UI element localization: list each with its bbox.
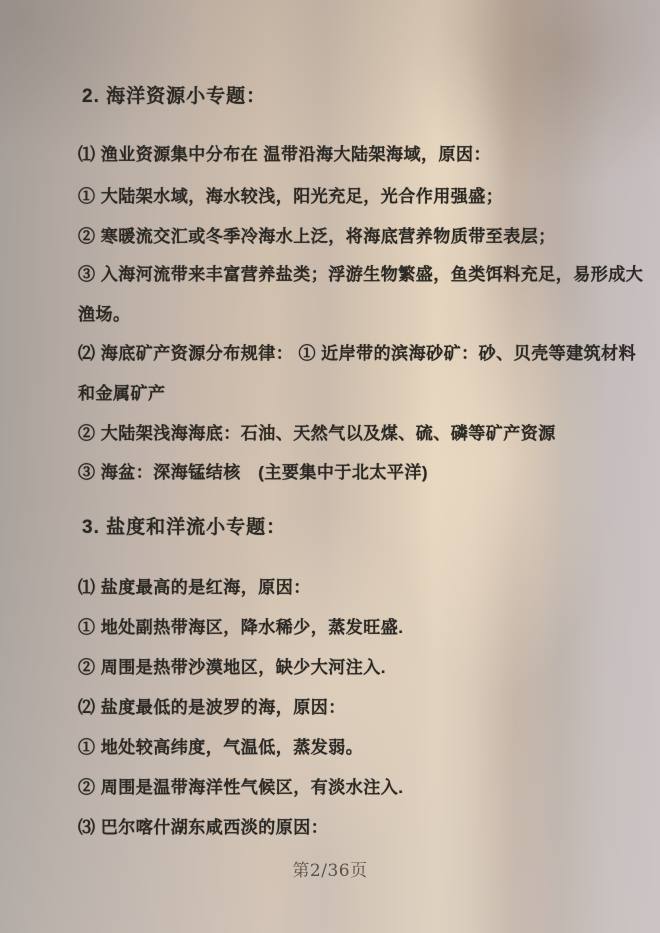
section-heading-marine-resources: 2. 海洋资源小专题： [82,86,602,108]
text-line: ② 周围是热带沙漠地区，缺少大河注入. [78,657,602,679]
text-line: ⑴ 渔业资源集中分布在 温带沿海大陆架海域，原因： [78,144,602,166]
text-line-continuation: 渔场。 [78,304,602,326]
text-line: ② 周围是温带海洋性气候区，有淡水注入. [78,777,602,799]
text-line: ② 大陆架浅海海底：石油、天然气以及煤、硫、磷等矿产资源 [78,423,602,445]
text-line: ③ 入海河流带来丰富营养盐类；浮游生物繁盛，鱼类饵料充足，易形成大 [78,264,602,286]
text-line: ⑵ 盐度最低的是波罗的海，原因： [78,697,602,719]
page-number: 第2/36页 [0,856,660,881]
text-line: ① 大陆架水域，海水较浅，阳光充足，光合作用强盛； [78,186,602,208]
text-line: ⑵ 海底矿产资源分布规律： ① 近岸带的滨海砂矿：砂、贝壳等建筑材料 [78,343,602,365]
text-line-continuation: 和金属矿产 [78,383,602,405]
text-line: ⑴ 盐度最高的是红海，原因： [78,577,602,599]
section-heading-salinity-currents: 3. 盐度和洋流小专题： [82,517,602,539]
text-line: ⑶ 巴尔喀什湖东咸西淡的原因： [78,817,602,839]
text-line: ① 地处副热带海区，降水稀少，蒸发旺盛. [78,617,602,639]
photographed-notes-page: 2. 海洋资源小专题： ⑴ 渔业资源集中分布在 温带沿海大陆架海域，原因： ① … [0,0,660,933]
text-line: ① 地处较高纬度，气温低，蒸发弱。 [78,737,602,759]
text-line: ② 寒暖流交汇或冬季冷海水上泛，将海底营养物质带至表层； [78,226,602,248]
text-line: ③ 海盆：深海锰结核 (主要集中于北太平洋) [78,462,602,484]
